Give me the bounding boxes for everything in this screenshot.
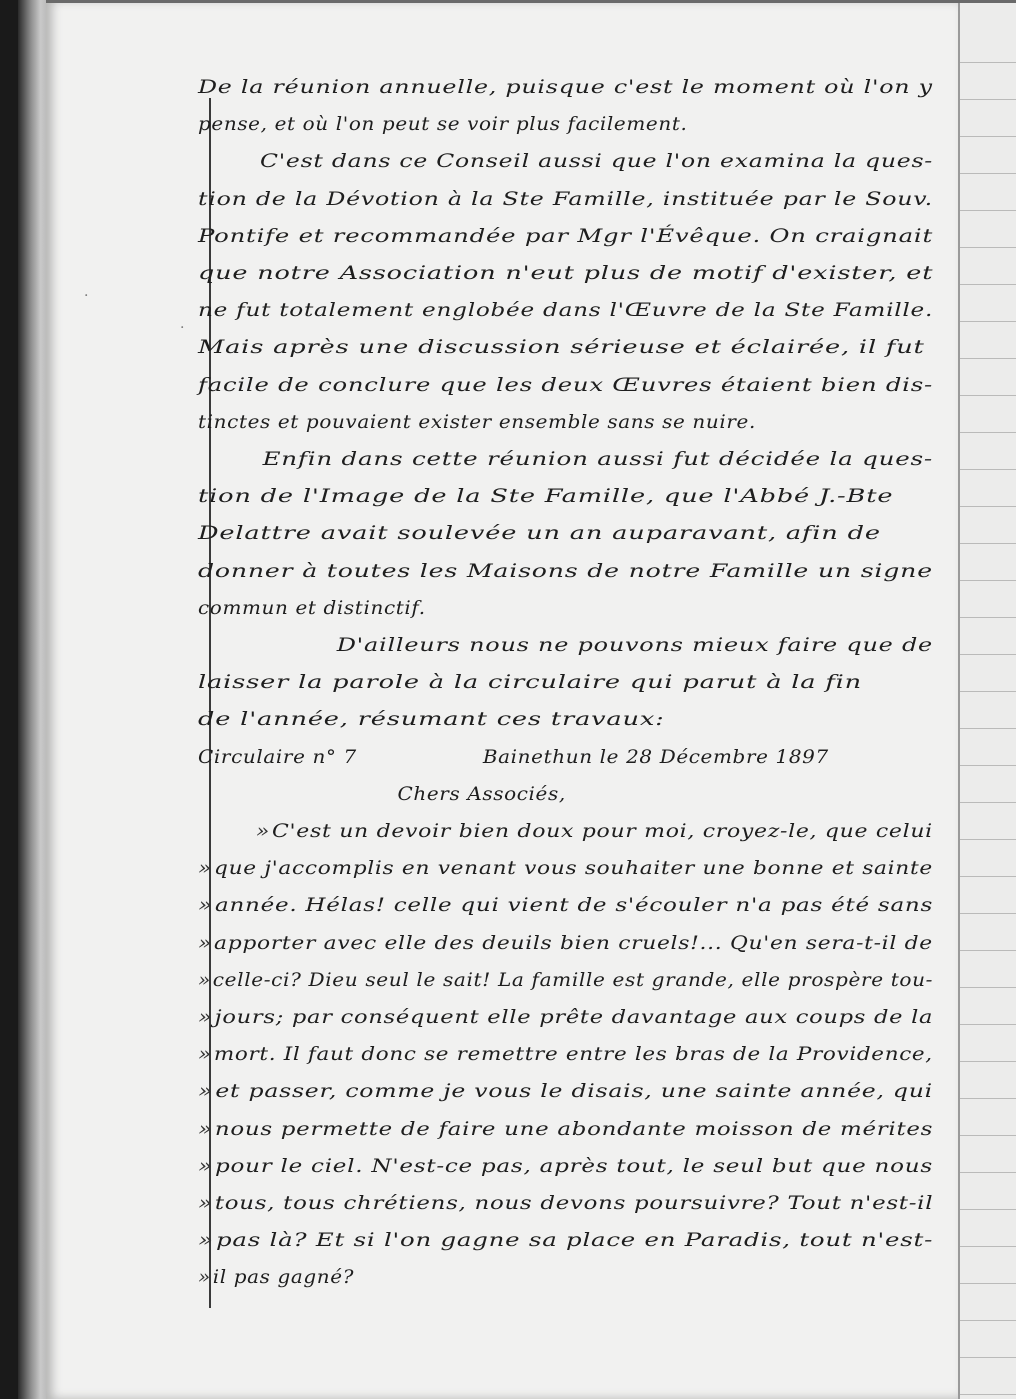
quote-mark: » [198, 1118, 215, 1140]
line-text: Pontife et recommandée par Mgr l'Évêque.… [198, 225, 933, 247]
line-text: pense, et où l'on peut se voir plus faci… [198, 113, 687, 135]
quote-mark: » [198, 1192, 215, 1214]
text-line: Delattre avait soulevée un an auparavant… [198, 522, 881, 544]
quote-mark: » [198, 1043, 214, 1065]
text-line: Mais après une discussion sérieuse et éc… [198, 336, 925, 358]
line-text: tion de la Dévotion à la Ste Famille, in… [198, 188, 933, 210]
text-line: »mort. Il faut donc se remettre entre le… [198, 1043, 933, 1065]
line-text: apporter avec elle des deuils bien cruel… [214, 932, 933, 954]
text-line: »tous, tous chrétiens, nous devons pours… [198, 1192, 933, 1214]
line-text: Enfin dans cette réunion aussi fut décid… [263, 448, 933, 470]
text-line: donner à toutes les Maisons de notre Fam… [198, 560, 933, 582]
text-line: »pas là? Et si l'on gagne sa place en Pa… [198, 1229, 933, 1251]
quote-mark: » [198, 1229, 216, 1251]
text-line: ne fut totalement englobée dans l'Œuvre … [198, 299, 933, 321]
text-line: »jours; par conséquent elle prête davant… [198, 1006, 933, 1028]
line-text: que notre Association n'eut plus de moti… [198, 262, 933, 284]
line-text: Chers Associés, [398, 783, 566, 805]
line-text: Delattre avait soulevée un an auparavant… [198, 522, 881, 544]
line-text: C'est dans ce Conseil aussi que l'on exa… [260, 150, 933, 172]
text-line: »nous permette de faire une abondante mo… [198, 1118, 933, 1140]
line-text: Circulaire n° 7 [198, 746, 357, 768]
text-line: Enfin dans cette réunion aussi fut décid… [198, 448, 933, 470]
quote-mark: » [198, 857, 214, 879]
text-line: »il pas gagné? [198, 1266, 354, 1288]
text-line: Circulaire n° 7Bainethun le 28 Décembre … [198, 746, 829, 768]
line-text: commun et distinctif. [198, 597, 426, 619]
line-text: pas là? Et si l'on gagne sa place en Par… [216, 1229, 933, 1251]
quote-mark: » [198, 1155, 215, 1177]
quote-mark: » [198, 1266, 213, 1288]
dateline: Bainethun le 28 Décembre 1897 [483, 746, 829, 768]
text-line: »pour le ciel. N'est-ce pas, après tout,… [198, 1155, 933, 1177]
text-line: D'ailleurs nous ne pouvons mieux faire q… [198, 634, 933, 656]
text-line: Pontife et recommandée par Mgr l'Évêque.… [198, 225, 933, 247]
text-line: laisser la parole à la circulaire qui pa… [198, 671, 862, 693]
text-line: facile de conclure que les deux Œuvres é… [198, 374, 933, 396]
text-line: »et passer, comme je vous le disais, une… [198, 1080, 933, 1102]
line-text: ne fut totalement englobée dans l'Œuvre … [198, 299, 933, 321]
line-text: mort. Il faut donc se remettre entre les… [214, 1043, 933, 1065]
ledger-page [46, 0, 958, 1399]
text-line: que notre Association n'eut plus de moti… [198, 262, 933, 284]
line-text: année. Hélas! celle qui vient de s'écoul… [215, 894, 933, 916]
line-text: tion de l'Image de la Ste Famille, que l… [198, 485, 893, 507]
line-text: et passer, comme je vous le disais, une … [215, 1080, 933, 1102]
text-line: Chers Associés, [198, 783, 566, 805]
text-line: »apporter avec elle des deuils bien crue… [198, 932, 933, 954]
text-line: commun et distinctif. [198, 597, 426, 619]
text-line: »C'est un devoir bien doux pour moi, cro… [198, 820, 933, 842]
quote-mark: » [198, 969, 213, 991]
text-line: pense, et où l'on peut se voir plus faci… [198, 113, 687, 135]
text-line: C'est dans ce Conseil aussi que l'on exa… [198, 150, 933, 172]
line-text: tinctes et pouvaient exister ensemble sa… [198, 411, 756, 433]
ink-speck: · [84, 288, 88, 304]
line-text: pour le ciel. N'est-ce pas, après tout, … [215, 1155, 933, 1177]
line-text: D'ailleurs nous ne pouvons mieux faire q… [337, 634, 933, 656]
line-text: donner à toutes les Maisons de notre Fam… [198, 560, 933, 582]
line-text: De la réunion annuelle, puisque c'est le… [198, 76, 933, 98]
text-line: tion de la Dévotion à la Ste Famille, in… [198, 188, 933, 210]
next-page-edge [958, 0, 1016, 1399]
line-text: il pas gagné? [213, 1266, 354, 1288]
text-line: de l'année, résumant ces travaux: [198, 708, 665, 730]
line-text: jours; par conséquent elle prête davanta… [215, 1006, 934, 1028]
text-line: tion de l'Image de la Ste Famille, que l… [198, 485, 893, 507]
text-line: De la réunion annuelle, puisque c'est le… [198, 76, 933, 98]
text-line: tinctes et pouvaient exister ensemble sa… [198, 411, 756, 433]
quote-mark: » [198, 1080, 215, 1102]
text-line: »année. Hélas! celle qui vient de s'écou… [198, 894, 933, 916]
line-text: que j'accomplis en venant vous souhaiter… [214, 857, 933, 879]
quote-mark: » [198, 1006, 215, 1028]
text-line: »celle-ci? Dieu seul le sait! La famille… [198, 969, 933, 991]
line-text: facile de conclure que les deux Œuvres é… [198, 374, 933, 396]
quote-mark: » [198, 894, 215, 916]
quote-mark: » [256, 820, 272, 842]
ink-speck: · [180, 320, 184, 336]
line-text: celle-ci? Dieu seul le sait! La famille … [213, 969, 933, 991]
text-line: »que j'accomplis en venant vous souhaite… [198, 857, 933, 879]
quote-mark: » [198, 932, 214, 954]
line-text: tous, tous chrétiens, nous devons poursu… [215, 1192, 933, 1214]
line-text: Mais après une discussion sérieuse et éc… [198, 336, 925, 358]
line-text: C'est un devoir bien doux pour moi, croy… [272, 820, 933, 842]
line-text: laisser la parole à la circulaire qui pa… [198, 671, 862, 693]
page-top-edge [46, 0, 1016, 3]
line-text: de l'année, résumant ces travaux: [198, 708, 665, 730]
line-text: nous permette de faire une abondante moi… [215, 1118, 933, 1140]
